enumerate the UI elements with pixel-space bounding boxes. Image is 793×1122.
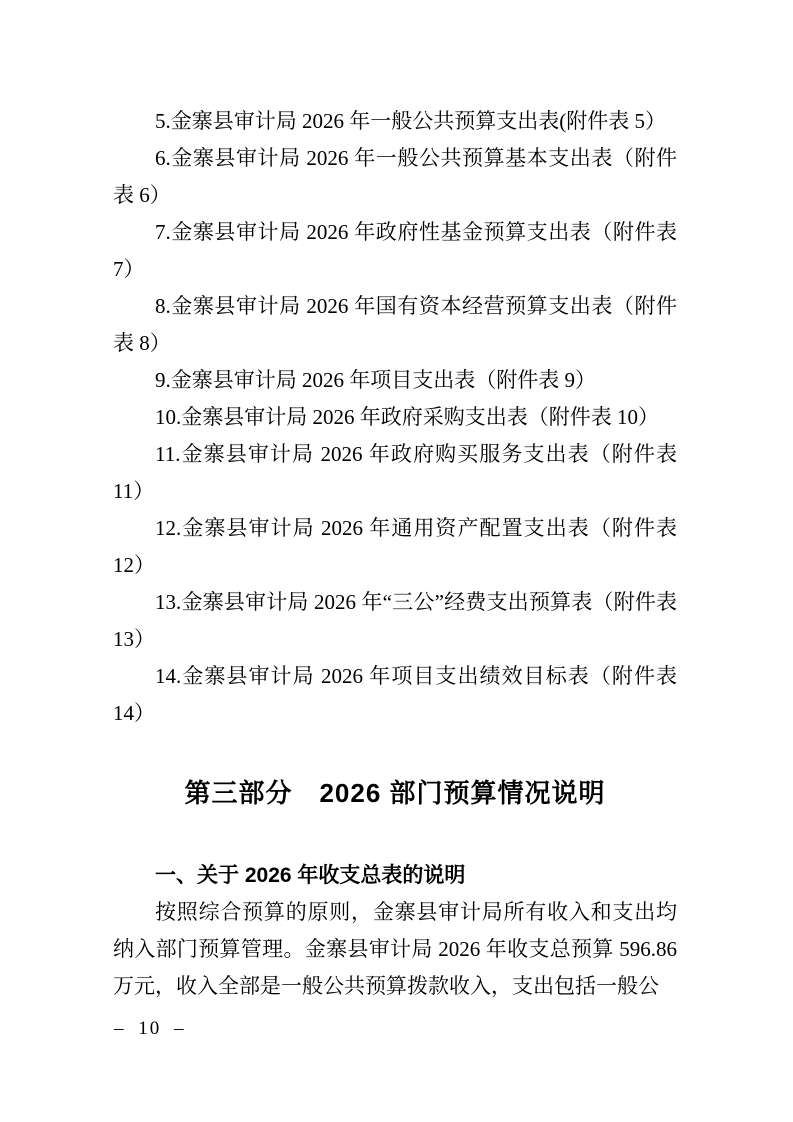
page-number: – 10 –: [114, 1014, 186, 1044]
list-item-table-14: 14.金寨县审计局 2026 年项目支出绩效目标表（附件表 14）: [113, 658, 677, 732]
list-item-table-10: 10.金寨县审计局 2026 年政府采购支出表（附件表 10）: [113, 399, 677, 436]
document-page: 5.金寨县审计局 2026 年一般公共预算支出表(附件表 5） 6.金寨县审计局…: [0, 0, 793, 1122]
section-title: 第三部分 2026 部门预算情况说明: [113, 777, 677, 810]
list-item-table-7: 7.金寨县审计局 2026 年政府性基金预算支出表（附件表 7）: [113, 214, 677, 288]
attachment-table-list: 5.金寨县审计局 2026 年一般公共预算支出表(附件表 5） 6.金寨县审计局…: [113, 103, 677, 732]
list-item-table-8: 8.金寨县审计局 2026 年国有资本经营预算支出表（附件表 8）: [113, 288, 677, 362]
list-item-table-5: 5.金寨县审计局 2026 年一般公共预算支出表(附件表 5）: [113, 103, 677, 140]
list-item-table-12: 12.金寨县审计局 2026 年通用资产配置支出表（附件表 12）: [113, 510, 677, 584]
list-item-table-13: 13.金寨县审计局 2026 年“三公”经费支出预算表（附件表 13）: [113, 584, 677, 658]
body-paragraph: 按照综合预算的原则，金寨县审计局所有收入和支出均纳入部门预算管理。金寨县审计局 …: [113, 894, 677, 1005]
page-content: 5.金寨县审计局 2026 年一般公共预算支出表(附件表 5） 6.金寨县审计局…: [0, 0, 793, 1005]
list-item-table-6: 6.金寨县审计局 2026 年一般公共预算基本支出表（附件表 6）: [113, 140, 677, 214]
list-item-table-9: 9.金寨县审计局 2026 年项目支出表（附件表 9）: [113, 362, 677, 399]
list-item-table-11: 11.金寨县审计局 2026 年政府购买服务支出表（附件表 11）: [113, 436, 677, 510]
subsection-title: 一、关于 2026 年收支总表的说明: [113, 857, 677, 894]
